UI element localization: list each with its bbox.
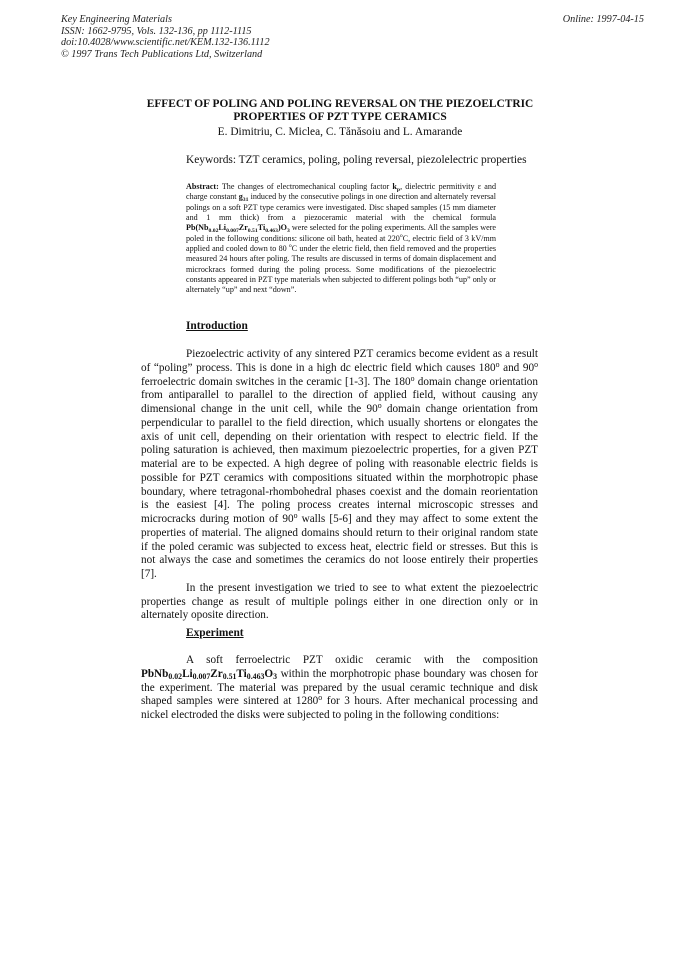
abstract: Abstract: The changes of electromechanic… xyxy=(186,182,496,296)
experiment-body: A soft ferroelectric PZT oxidic ceramic … xyxy=(141,654,538,723)
paper-title: EFFECT OF POLING AND POLING REVERSAL ON … xyxy=(140,98,540,124)
intro-paragraph-2: In the present investigation we tried to… xyxy=(141,582,538,623)
journal-name: Key Engineering Materials xyxy=(61,14,270,26)
citation-header: Key Engineering Materials ISSN: 1662-979… xyxy=(61,14,270,60)
online-date: Online: 1997-04-15 xyxy=(563,14,644,26)
abstract-text: The changes of electromechanical couplin… xyxy=(219,182,393,191)
chemical-formula: Pb(Nb0.02Li0.007Zr0.51Ti0.463)O3 xyxy=(186,223,290,232)
introduction-heading: Introduction xyxy=(186,320,248,332)
introduction-body: Piezoelectric activity of any sintered P… xyxy=(141,348,538,623)
issn-line: ISSN: 1662-9795, Vols. 132-136, pp 1112-… xyxy=(61,26,270,38)
title-line-1: EFFECT OF POLING AND POLING REVERSAL ON … xyxy=(140,98,540,111)
keywords: Keywords: TZT ceramics, poling, poling r… xyxy=(186,154,527,166)
copyright-line: © 1997 Trans Tech Publications Ltd, Swit… xyxy=(61,49,270,61)
doi-line: doi:10.4028/www.scientific.net/KEM.132-1… xyxy=(61,37,270,49)
experiment-paragraph-1: A soft ferroelectric PZT oxidic ceramic … xyxy=(141,654,538,723)
composition-formula: PbNb0.02Li0.007Zr0.51Ti0.463O3 xyxy=(141,668,277,680)
title-line-2: PROPERTIES OF PZT TYPE CERAMICS xyxy=(140,111,540,124)
experiment-heading: Experiment xyxy=(186,627,244,639)
abstract-label: Abstract: xyxy=(186,182,219,191)
intro-paragraph-1: Piezoelectric activity of any sintered P… xyxy=(141,348,538,582)
authors: E. Dimitriu, C. Miclea, C. Tănăsoiu and … xyxy=(140,126,540,138)
